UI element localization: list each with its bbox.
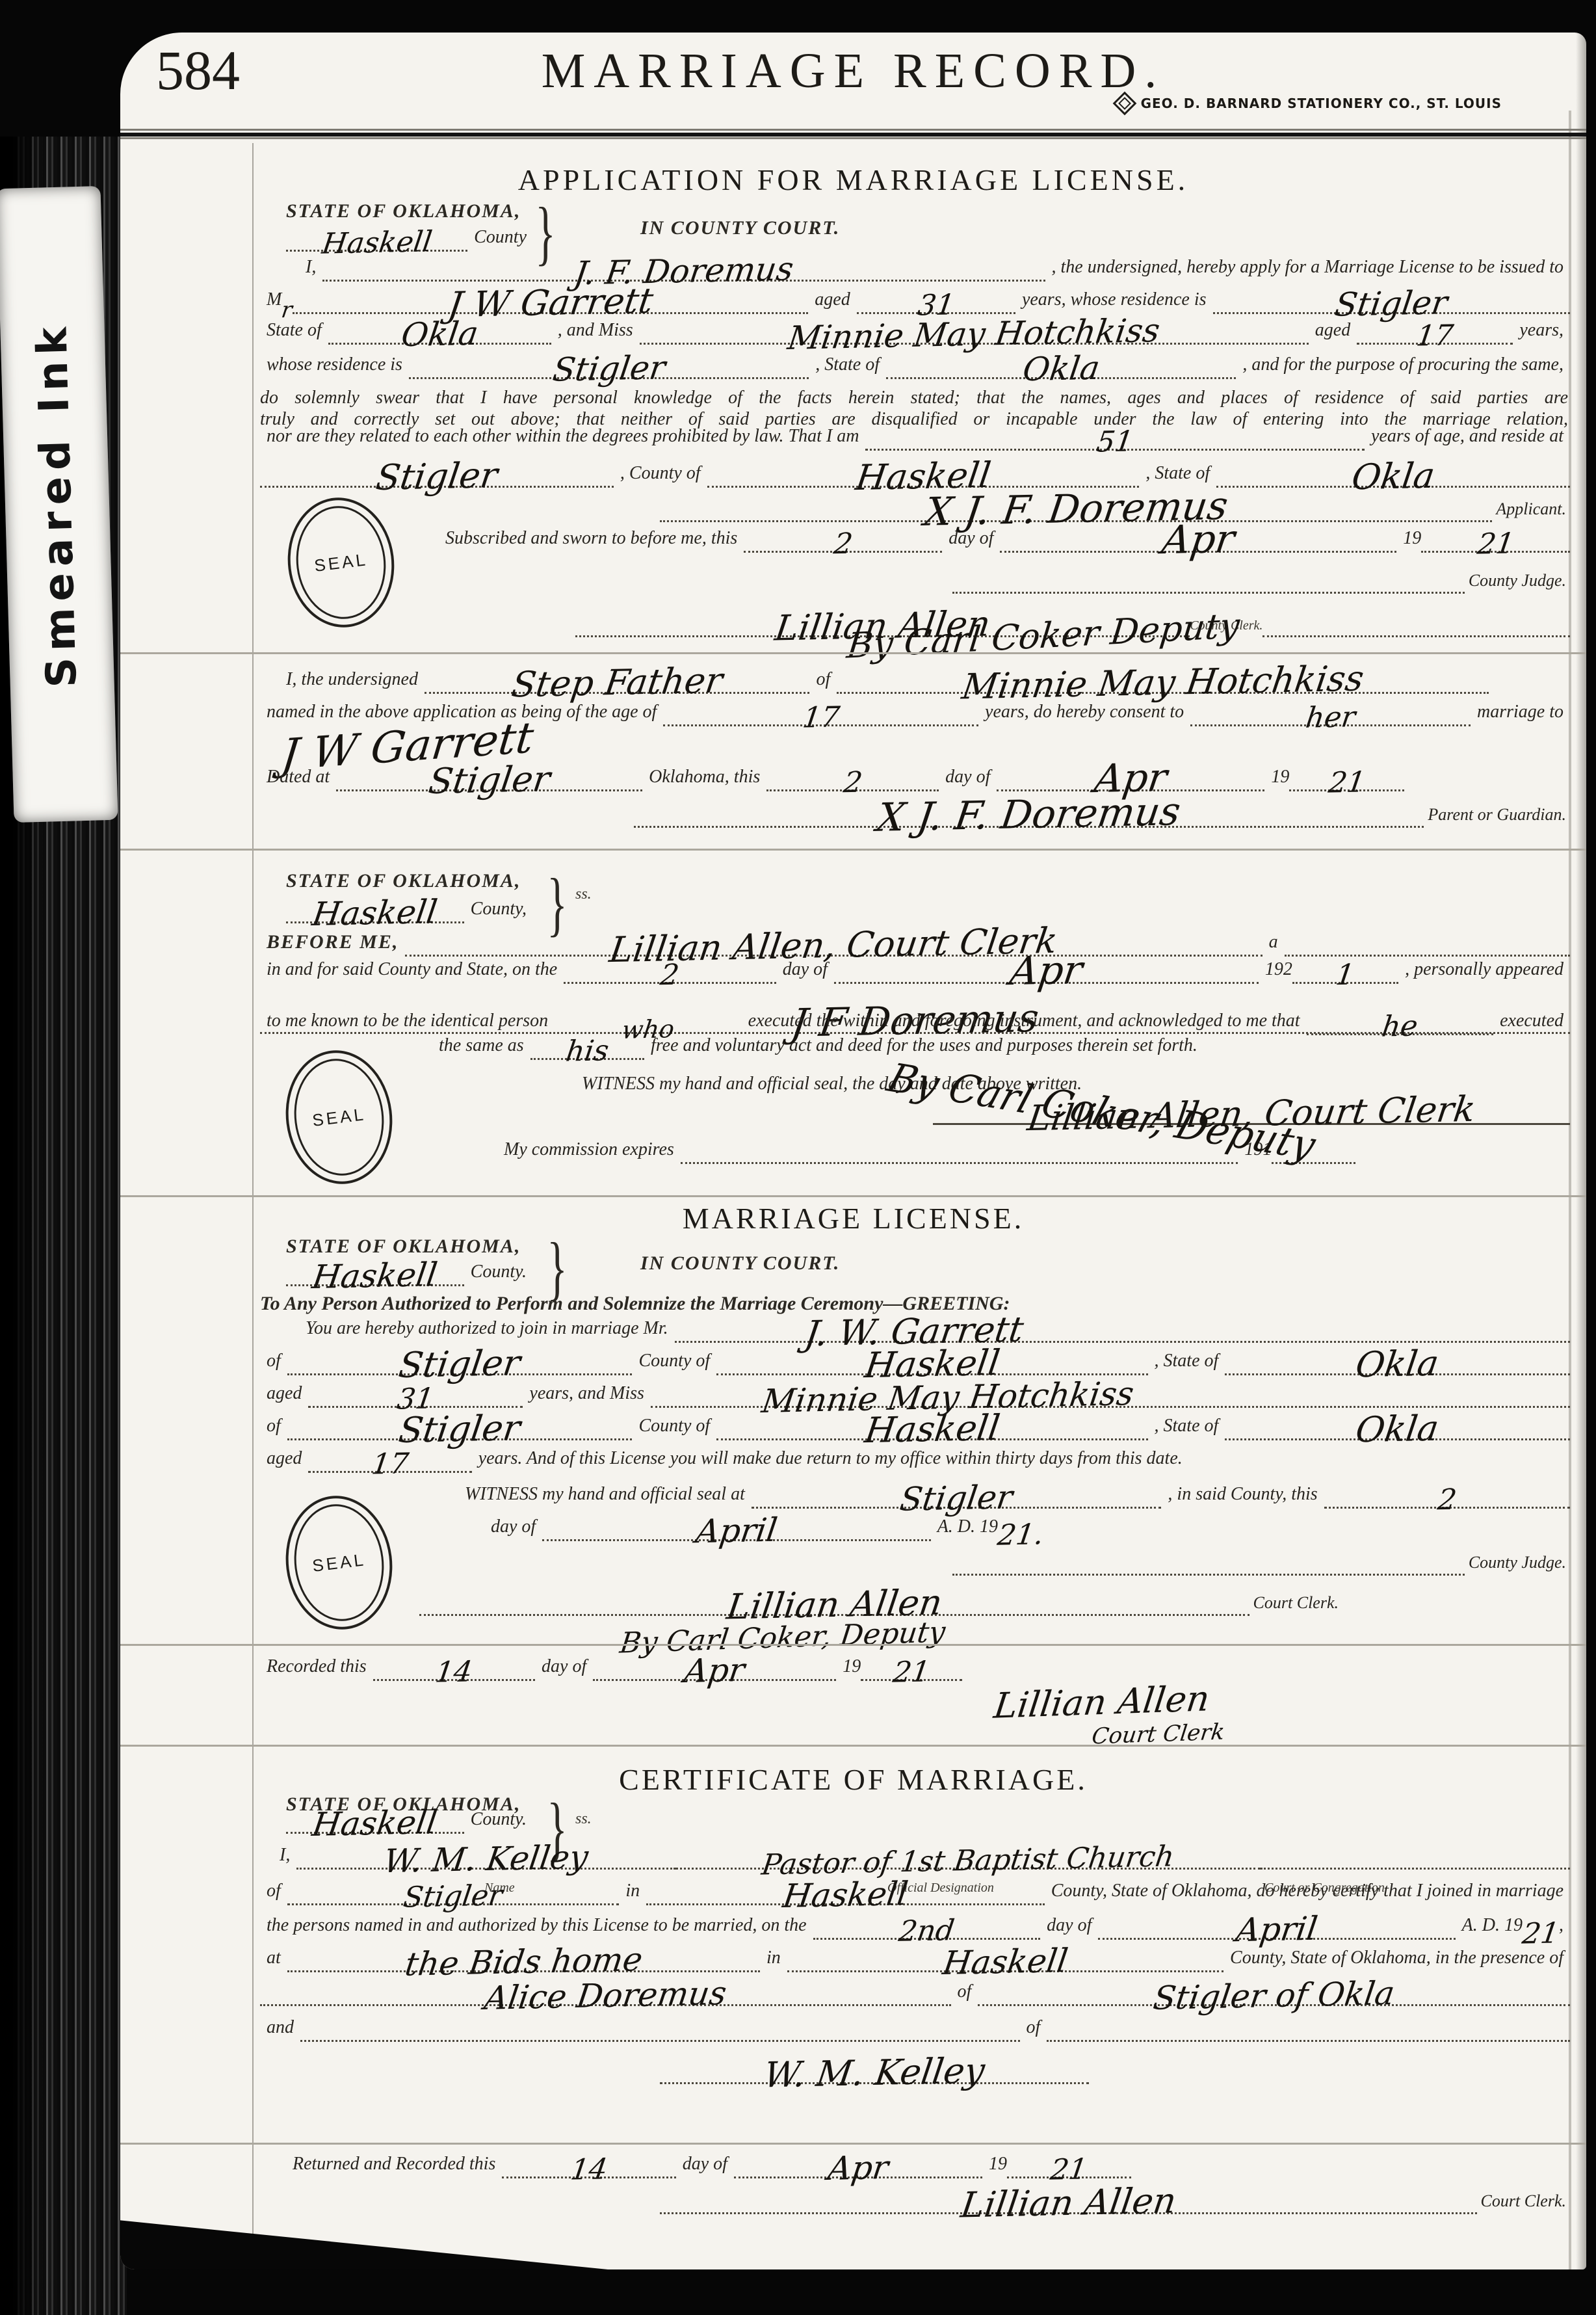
barnard-logo-icon (1112, 92, 1136, 116)
ack-month: Apr (1008, 954, 1084, 988)
lic-day: 2 (1436, 1488, 1458, 1513)
notary-seal-2: SEAL (278, 1044, 400, 1190)
cert-line-3: the persons named in and authorized by t… (260, 1903, 1570, 1940)
cert-witness1-line: Alice Doremus of Stigler of Okla (260, 1970, 1570, 2006)
returned-pre: Returned and Recorded this (286, 2153, 502, 2178)
section-divider-2 (120, 849, 1586, 851)
app-l4-post: , and for the purpose of procuring the s… (1236, 354, 1570, 379)
cert-county-line: Haskell County. (286, 1797, 533, 1834)
county-judge-label: County Judge. (1465, 571, 1570, 594)
license-heading: MARRIAGE LICENSE. (120, 1201, 1586, 1236)
app-judge-line: County Judge. (952, 557, 1570, 594)
cert-l4-post: County, State of Oklahoma, in the presen… (1223, 1947, 1570, 1972)
ack-his: his (564, 1038, 610, 1064)
page-right-shade (1576, 33, 1586, 2269)
returned-day: 14 (569, 2157, 608, 2182)
app-l7-post: years of age, and reside at (1365, 425, 1570, 451)
lic-witness-line-1: WITNESS my hand and official seal at Sti… (458, 1472, 1570, 1509)
ack-he: he (1380, 1014, 1419, 1039)
lic-line-5: aged 17 years. And of this License you w… (260, 1436, 1570, 1473)
lic-line-2: of Stigler County of Haskell , State of … (260, 1339, 1570, 1375)
lic-w1-mid: , in said County, this (1161, 1483, 1324, 1509)
cert-w1-of: of (951, 1981, 978, 2006)
lic-judge-line: County Judge. (952, 1539, 1570, 1576)
sworn-month: Apr (1160, 523, 1236, 557)
consent-post: marriage to (1471, 701, 1570, 726)
smeared-ink-tab: Smeared Ink (0, 186, 118, 823)
printer-mark-text: GEO. D. BARNARD STATIONERY CO., ST. LOUI… (1141, 96, 1502, 111)
cert-line-1: I, W. M. Kelley Pastor of 1st Baptist Ch… (260, 1831, 1570, 1870)
recorded-of: day of (535, 1656, 593, 1681)
app-l3-post: years, (1513, 319, 1570, 345)
lic-witness-line-2: day of April A. D. 19 21. (484, 1505, 1043, 1541)
lic-county-line: Haskell County. (286, 1250, 533, 1286)
page-title: MARRIAGE RECORD. (120, 43, 1586, 99)
app-sworn-pre: Subscribed and sworn to before me, this (439, 527, 744, 553)
lic-month: April (694, 1516, 779, 1546)
returned-clerk-label: Court Clerk. (1477, 2191, 1570, 2214)
lic-clerk-sig-line: Lillian Allen Court Clerk. (419, 1572, 1342, 1616)
ack-year: 1 (1335, 963, 1356, 988)
notary-seal-3: SEAL (278, 1490, 400, 1635)
guardian-sig-line: X J. F. Doremus Parent or Guardian. (634, 784, 1570, 828)
returned-clerk-signature: Lillian Allen (959, 2186, 1178, 2221)
commission-label: My commission expires (497, 1139, 681, 1164)
bride-residence: Stigler (551, 354, 666, 384)
app-line-3: State of Okla , and Miss Minnie May Hotc… (260, 308, 1570, 345)
returned-sig-line: Lillian Allen Court Clerk. (660, 2170, 1570, 2214)
cert-witness2-line: and of (260, 2005, 1570, 2042)
lic-county-value: Haskell (311, 1261, 439, 1291)
dated-pre: Dated at (260, 766, 336, 791)
cert-l2-in: in (619, 1880, 646, 1905)
record-page: 584 MARRIAGE RECORD. GEO. D. BARNARD STA… (120, 33, 1586, 2269)
ack-l4-post: free and voluntary act and deed for the … (644, 1035, 1204, 1060)
printer-mark: GEO. D. BARNARD STATIONERY CO., ST. LOUI… (1116, 95, 1502, 112)
cert-line-2: of Stigler in Haskell County, State of O… (260, 1873, 1570, 1905)
recorded-clerk-signature: Lillian Allen (992, 1684, 1211, 1721)
bride-state: Okla (1021, 354, 1101, 384)
cert-l4-in: in (760, 1947, 787, 1972)
app-line-4: whose residence is Stigler , State of Ok… (260, 343, 1570, 379)
ack-date-of: day of (776, 959, 834, 984)
applicant-residence: Stigler (374, 460, 499, 493)
lic-w2-ad: A. D. 19 (931, 1516, 998, 1541)
ack-ss: ss. (575, 886, 592, 903)
consent-line-1: I, the undersigned Step Father of Minnie… (260, 657, 1489, 694)
app-l7-pre: nor are they related to each other withi… (260, 425, 865, 451)
app-sworn-line: Subscribed and sworn to before me, this … (439, 516, 1570, 553)
lic-clerk-label: Court Clerk. (1249, 1593, 1342, 1616)
recorded-y1: 19 (836, 1656, 861, 1681)
lic-county-label: County. (464, 1261, 533, 1286)
header-double-rule (120, 129, 1586, 139)
ack-y1: 192 (1259, 959, 1292, 984)
cert-line-4: at the Bids home in Haskell County, Stat… (260, 1936, 1570, 1972)
officiant-name: W. M. Kelley (382, 1844, 590, 1875)
ack-l4-pre: the same as (432, 1035, 530, 1060)
consent-mid: years, do hereby consent to (978, 701, 1190, 726)
certificate-heading: CERTIFICATE OF MARRIAGE. (120, 1762, 1586, 1797)
dated-place: Stigler (426, 764, 551, 797)
cert-l4-at: at (260, 1947, 287, 1972)
app-sworn-of: day of (942, 527, 1000, 553)
lic-line-3: aged 31 years, and Miss Minnie May Hotch… (260, 1371, 1570, 1408)
scanned-marriage-record: { "hdr":{"num":"584","title":"MARRIAGE R… (0, 0, 1596, 2315)
app-l3-mid: , and Miss (551, 319, 640, 345)
section-divider-5 (120, 1745, 1586, 1747)
section-divider-3 (120, 1195, 1586, 1197)
app-sworn-y1: 19 (1396, 527, 1421, 553)
guardian-x-signature: X J. F. Doremus (875, 795, 1183, 835)
ack-l3-post: executed (1493, 1010, 1570, 1035)
consent-her: her (1304, 705, 1357, 730)
app-l4-pre: whose residence is (260, 354, 409, 379)
lic-court-label: IN COUNTY COURT. (640, 1252, 840, 1275)
recorded-line: Recorded this 14 day of Apr 19 21 (260, 1645, 962, 1681)
consent-age: 17 (801, 705, 841, 730)
lic-l5-post: years. And of this License you will make… (472, 1448, 1189, 1473)
recorded-day: 14 (434, 1660, 474, 1685)
cert-l2-of: of (260, 1880, 287, 1905)
recorded-month: Apr (683, 1656, 746, 1685)
recorded-pre: Recorded this (260, 1656, 373, 1681)
application-heading: APPLICATION FOR MARRIAGE LICENSE. (120, 163, 1586, 197)
cert-l2-post: County, State of Oklahoma, do hereby cer… (1045, 1880, 1570, 1905)
lic-l5-aged: aged (260, 1448, 308, 1473)
smeared-ink-tab-label: Smeared Ink (31, 321, 83, 689)
sworn-day: 2 (832, 532, 854, 557)
app-l4-mid: , State of (809, 354, 886, 379)
bottom-left-shadow (120, 2201, 608, 2269)
cert-ss: ss. (575, 1810, 592, 1828)
cert-l1-pre: I, (260, 1844, 296, 1870)
notary-seal-1: SEAL (280, 492, 401, 633)
ack-line-4: the same as his free and voluntary act a… (432, 1026, 1375, 1060)
recorded-year: 21 (891, 1660, 931, 1685)
ack-day: 2 (659, 963, 681, 988)
officiant-signature: W. M. Kelley (762, 2056, 986, 2090)
app-court-label: IN COUNTY COURT. (640, 217, 840, 239)
recorded-clerk-title: Court Clerk (1091, 1723, 1226, 1746)
section-divider-1 (120, 652, 1586, 654)
app-l3-aged: aged (1309, 319, 1357, 345)
ack-date-line: in and for said County and State, on the… (260, 947, 1570, 984)
ack-date-pre: in and for said County and State, on the (260, 959, 564, 984)
guardian-label: Parent or Guardian. (1424, 805, 1570, 828)
lic-judge-label: County Judge. (1465, 1553, 1570, 1576)
app-applicant-sig-line: X J. F. Doremus Applicant. (660, 478, 1570, 522)
app-line-7: nor are they related to each other withi… (260, 414, 1570, 451)
lic-line-1: You are hereby authorized to join in mar… (260, 1310, 1570, 1343)
lic-w2-of: day of (484, 1516, 542, 1541)
app-line-1: I, J. F. Doremus , the undersigned, here… (260, 245, 1570, 282)
lic-bride-age: 17 (370, 1451, 410, 1477)
ack-date-post: , personally appeared (1398, 959, 1570, 984)
sworn-year: 21 (1476, 531, 1515, 557)
app-line-5: do solemnly swear that I have personal k… (260, 387, 1568, 409)
app-l3-pre: State of (260, 319, 328, 345)
lic-line-4: of Stigler County of Haskell , State of … (260, 1404, 1570, 1440)
officiant-sig-line: W. M. Kelley (660, 2039, 1089, 2084)
cert-and-label: and (260, 2017, 300, 2042)
